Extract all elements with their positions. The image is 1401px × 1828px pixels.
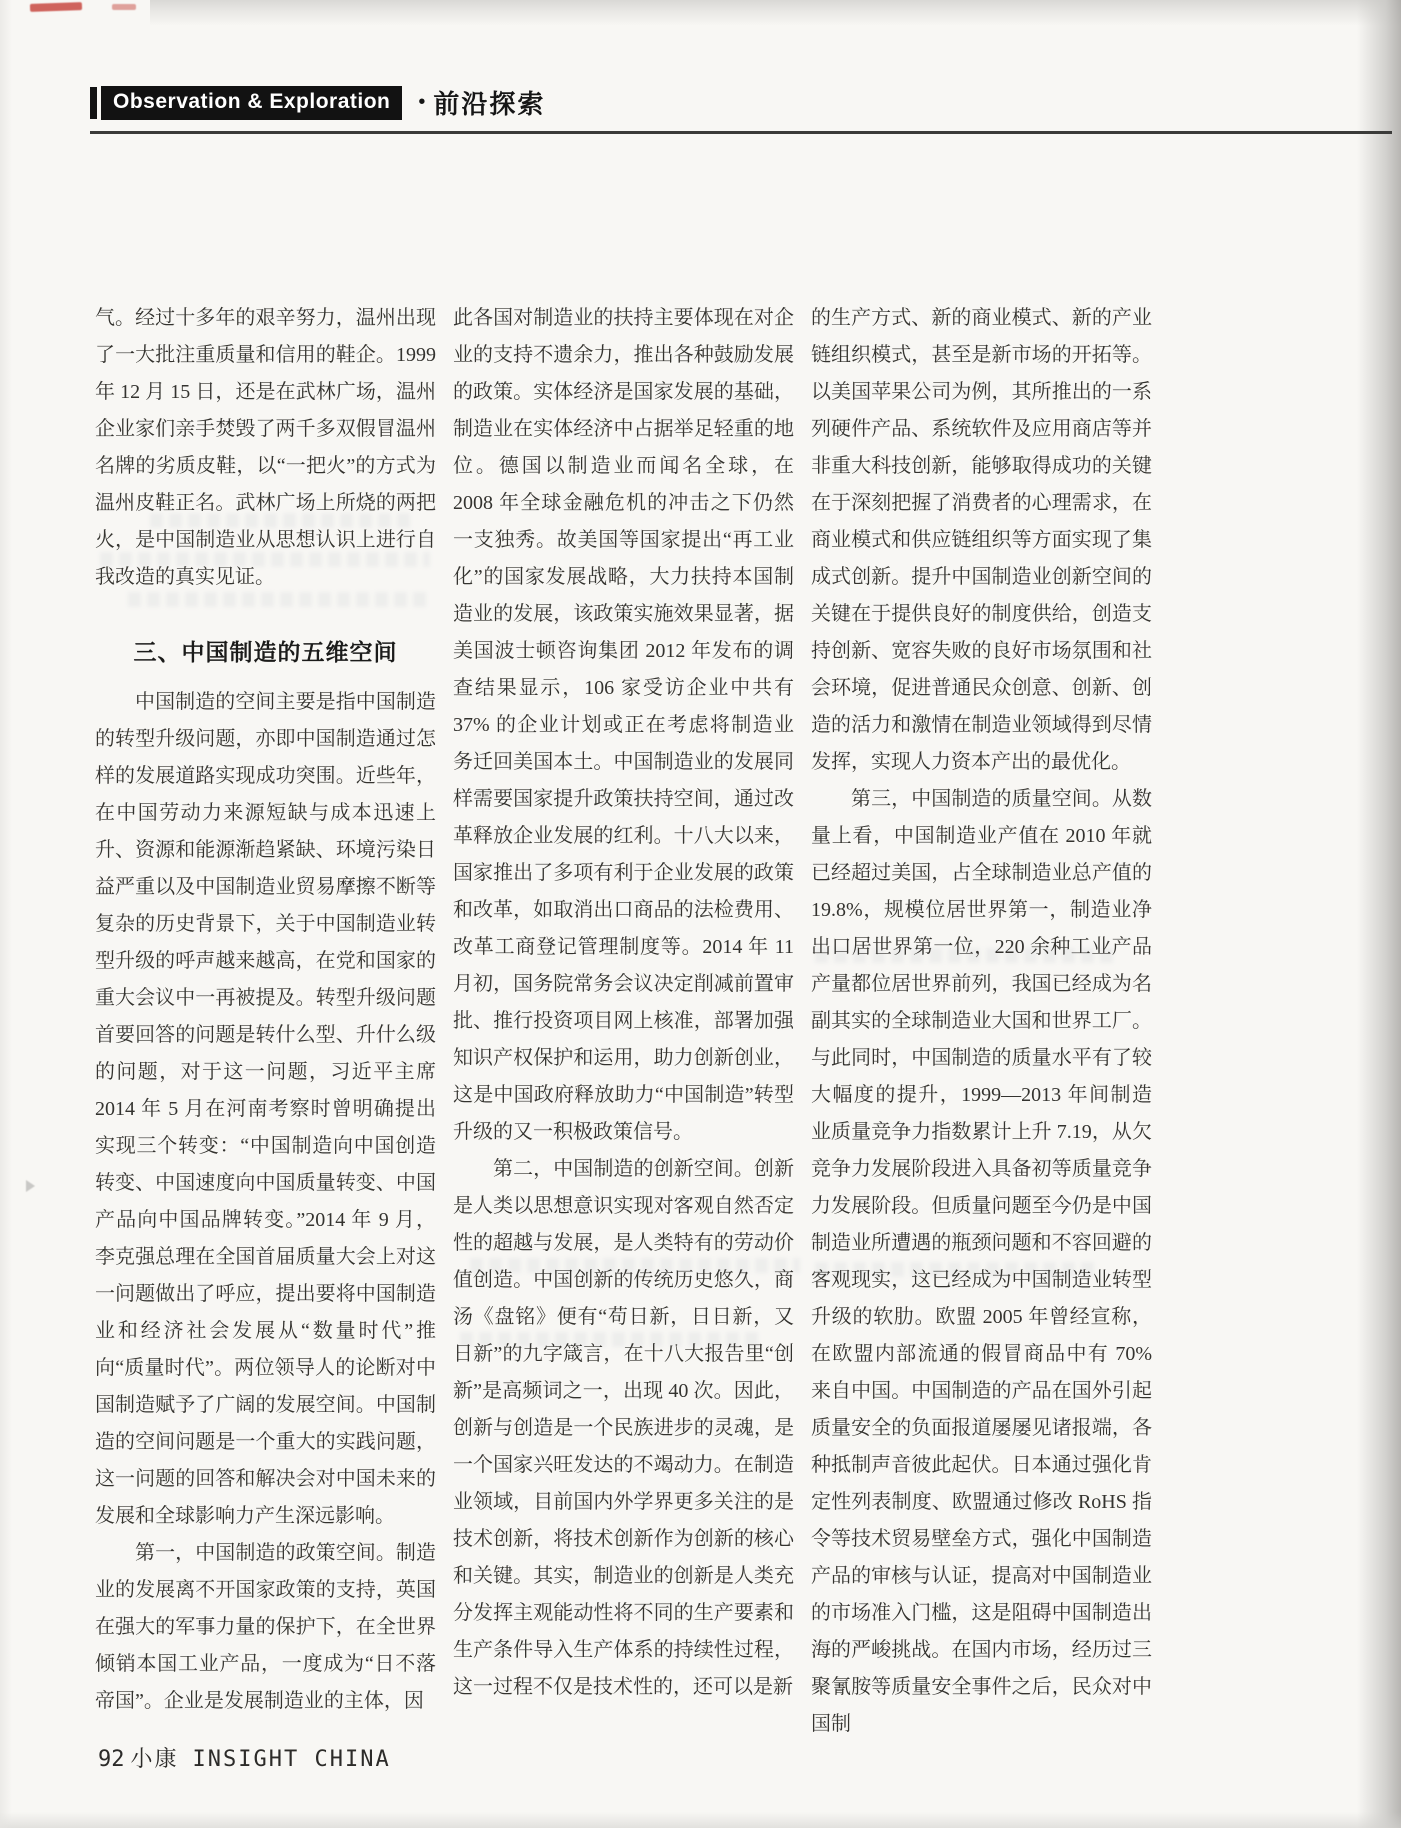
page-footer: 92 小康 INSIGHT CHINA	[98, 1742, 391, 1773]
scan-edge-bottom	[0, 1812, 1401, 1828]
magazine-page: Observation & Exploration • 前沿探索 气。经过十多年…	[0, 0, 1401, 1828]
header-rule	[90, 131, 1392, 134]
paragraph: 气。经过十多年的艰辛努力，温州出现了一大批注重质量和信用的鞋企。1999 年 1…	[95, 300, 436, 596]
section-title-zh: 前沿探索	[433, 84, 545, 121]
article-body: 气。经过十多年的艰辛努力，温州出现了一大批注重质量和信用的鞋企。1999 年 1…	[95, 300, 1153, 1743]
section-heading: 三、中国制造的五维空间	[95, 636, 436, 668]
scan-artifact-red-mark	[30, 2, 82, 12]
header-bar-decoration	[90, 87, 97, 119]
scan-edge-left	[0, 0, 12, 1828]
section-title-en: Observation & Exploration	[101, 86, 402, 120]
paragraph: 第一，中国制造的政策空间。制造业的发展离不开国家政策的支持，英国在强大的军事力量…	[95, 1535, 436, 1720]
scan-edge-right	[1357, 0, 1401, 1828]
article-column-2: 此各国对制造业的扶持主要体现在对企业的支持不遗余力，推出各种鼓励发展的政策。实体…	[453, 300, 794, 1743]
margin-registration-mark	[26, 1180, 35, 1192]
paragraph: 中国制造的空间主要是指中国制造的转型升级问题，亦即中国制造通过怎样的发展道路实现…	[95, 684, 436, 1535]
article-column-1: 气。经过十多年的艰辛努力，温州出现了一大批注重质量和信用的鞋企。1999 年 1…	[95, 300, 436, 1743]
paragraph: 第三，中国制造的质量空间。从数量上看，中国制造业产值在 2010 年就已经超过美…	[811, 781, 1152, 1743]
magazine-name-en: INSIGHT CHINA	[193, 1747, 391, 1772]
scan-edge-top	[150, 0, 1401, 26]
paragraph: 的生产方式、新的商业模式、新的产业链组织模式，甚至是新市场的开拓等。以美国苹果公…	[811, 300, 1152, 781]
paragraph: 此各国对制造业的扶持主要体现在对企业的支持不遗余力，推出各种鼓励发展的政策。实体…	[453, 300, 794, 1151]
header-bullet: •	[418, 91, 425, 114]
article-column-3: 的生产方式、新的商业模式、新的产业链组织模式，甚至是新市场的开拓等。以美国苹果公…	[811, 300, 1152, 1743]
magazine-name-zh: 小康	[131, 1742, 179, 1773]
paragraph: 第二，中国制造的创新空间。创新是人类以思想意识实现对客观自然否定性的超越与发展，…	[453, 1151, 794, 1706]
page-number: 92	[98, 1747, 125, 1772]
section-header: Observation & Exploration • 前沿探索	[90, 84, 545, 121]
scan-artifact-red-mark	[112, 4, 136, 10]
